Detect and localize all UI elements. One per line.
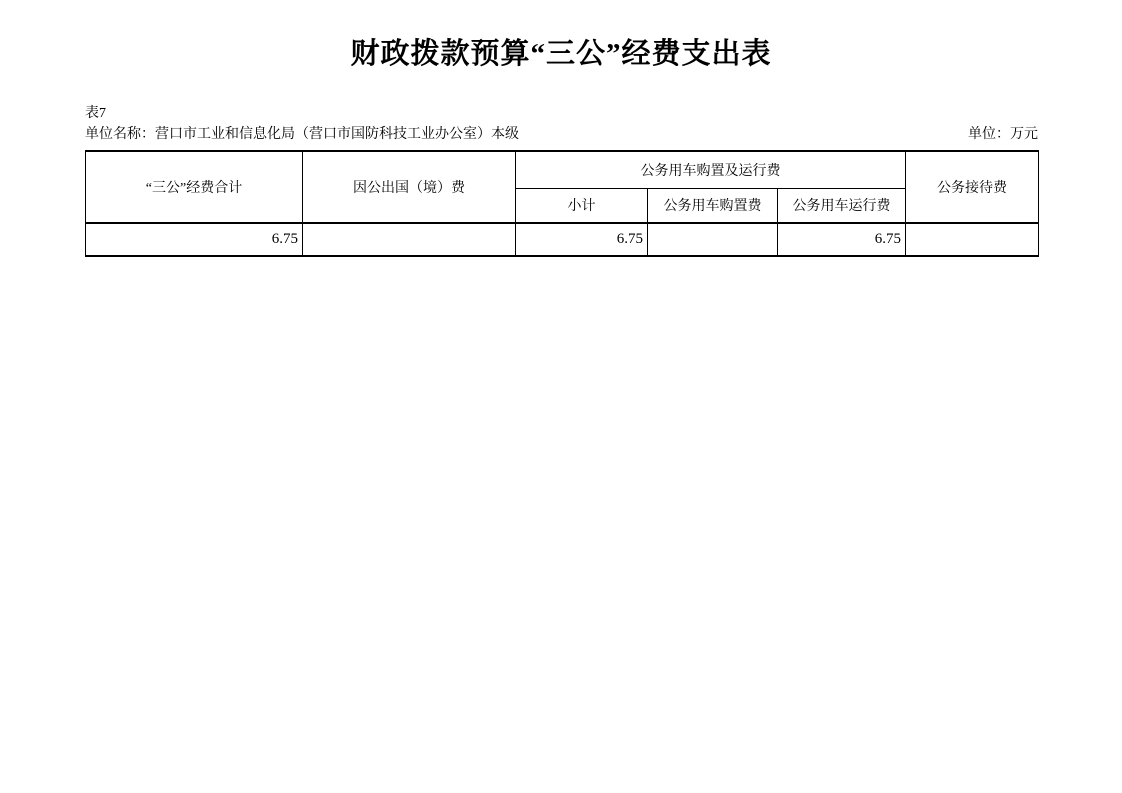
page-title: 财政拨款预算“三公”经费支出表	[0, 36, 1122, 74]
table-sheet: 表7 单位名称：营口市工业和信息化局（营口市国防科技工业办公室）本级 单位：万元…	[85, 104, 1038, 257]
col-header-abroad: 因公出国（境）费	[303, 151, 516, 223]
col-header-vehicle-purchase: 公务用车购置费	[648, 189, 778, 223]
unit-measure-label: 单位：万元	[968, 125, 1038, 145]
cell-abroad	[303, 223, 516, 256]
cell-reception	[906, 223, 1039, 256]
table-meta-row: 单位名称：营口市工业和信息化局（营口市国防科技工业办公室）本级 单位：万元	[85, 125, 1038, 145]
table-header: “三公”经费合计 因公出国（境）费 公务用车购置及运行费 公务接待费 小计 公务…	[86, 151, 1039, 223]
table-number-label: 表7	[85, 104, 1038, 124]
cell-total: 6.75	[86, 223, 303, 256]
cell-vehicle-subtotal: 6.75	[516, 223, 648, 256]
col-header-vehicle-operation: 公务用车运行费	[778, 189, 906, 223]
table-row: 6.75 6.75 6.75	[86, 223, 1039, 256]
budget-expense-table: “三公”经费合计 因公出国（境）费 公务用车购置及运行费 公务接待费 小计 公务…	[85, 150, 1039, 257]
cell-vehicle-operation: 6.75	[778, 223, 906, 256]
table-body: 6.75 6.75 6.75	[86, 223, 1039, 256]
header-row-top: “三公”经费合计 因公出国（境）费 公务用车购置及运行费 公务接待费	[86, 151, 1039, 189]
col-header-total: “三公”经费合计	[86, 151, 303, 223]
col-header-reception: 公务接待费	[906, 151, 1039, 223]
document-page: 财政拨款预算“三公”经费支出表 表7 单位名称：营口市工业和信息化局（营口市国防…	[0, 36, 1122, 257]
col-header-vehicle-group: 公务用车购置及运行费	[516, 151, 906, 189]
unit-name-label: 单位名称：营口市工业和信息化局（营口市国防科技工业办公室）本级	[85, 125, 519, 145]
cell-vehicle-purchase	[648, 223, 778, 256]
col-header-vehicle-subtotal: 小计	[516, 189, 648, 223]
